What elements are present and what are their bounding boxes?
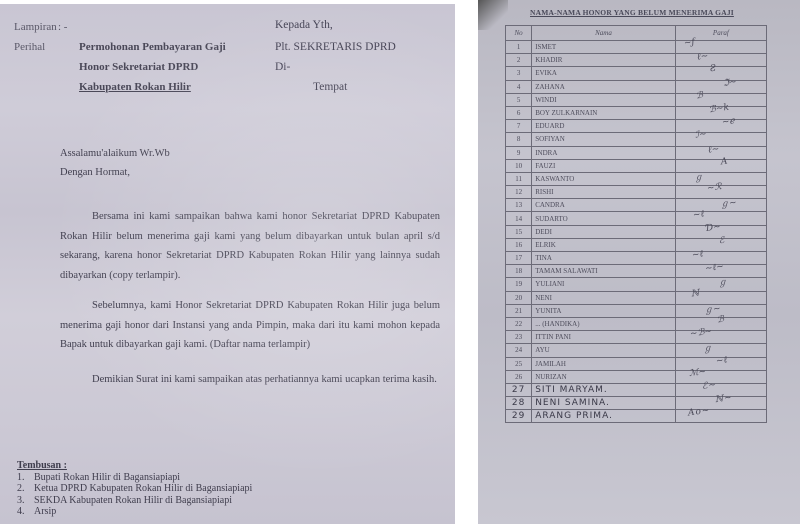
row-name: EVIKA <box>532 67 676 80</box>
row-number: 20 <box>506 291 532 304</box>
table-row: 17TINA~ℓ <box>506 252 767 265</box>
row-name: ... (HANDIKA) <box>532 317 676 330</box>
row-paraf: ℊ~ <box>675 199 766 212</box>
row-name: TINA <box>532 252 676 265</box>
row-number: 29 <box>506 410 532 423</box>
recipient-line-3: Di- <box>275 61 290 73</box>
signature-mark: ℊ <box>702 341 713 355</box>
row-name: DEDI <box>532 225 676 238</box>
tembusan-item-number: 2. <box>17 483 34 495</box>
perihal-label: Perihal <box>14 41 45 53</box>
tembusan-title: Tembusan : <box>17 460 252 472</box>
row-number: 28 <box>506 397 532 410</box>
row-paraf: ℕ <box>675 291 766 304</box>
row-paraf: ℰ <box>675 238 766 251</box>
tembusan-section: Tembusan : 1.Bupati Rokan Hilir di Bagan… <box>17 460 252 518</box>
signature-mark: ~ℓ <box>715 354 728 366</box>
tembusan-item-text: Bupati Rokan Hilir di Bagansiapiapi <box>34 472 180 483</box>
lampiran-label: Lampiran <box>14 21 57 33</box>
row-paraf: ℳ~ <box>675 370 766 383</box>
signature-mark: ~ℬ~ <box>689 327 712 340</box>
row-number: 3 <box>506 67 532 80</box>
row-paraf: ℊ <box>675 278 766 291</box>
signature-mark: ℬ <box>716 314 724 325</box>
table-row: 16ELRIKℰ <box>506 238 767 251</box>
table-row: 23ITTIN PANI~ℬ~ <box>506 331 767 344</box>
row-name: INDRA <box>532 146 676 159</box>
signature-mark: Ao~ <box>687 406 711 419</box>
row-name: YULIANI <box>532 278 676 291</box>
row-name: BOY ZULKARNAIN <box>532 106 676 119</box>
row-number: 6 <box>506 106 532 119</box>
row-name: AYU <box>532 344 676 357</box>
signature-mark: ℬ <box>695 90 703 101</box>
table-row: 8SOFIYANℐ~ <box>506 133 767 146</box>
row-name: SUDARTO <box>532 212 676 225</box>
table-row: 24AYUℊ <box>506 344 767 357</box>
table-row: 13CANDRAℊ~ <box>506 199 767 212</box>
signature-mark: ℓ~ <box>696 50 709 62</box>
row-number: 11 <box>506 172 532 185</box>
row-paraf: ℐ~ <box>675 133 766 146</box>
signature-mark: ℊ <box>717 275 728 289</box>
row-number: 13 <box>506 199 532 212</box>
paragraph-3: Demikian Surat ini kami sampaikan atas p… <box>60 370 440 390</box>
page-corner-shadow <box>478 0 508 30</box>
row-paraf: ~ℬ~ <box>675 331 766 344</box>
namelist-page: NAMA-NAMA HONOR YANG BELUM MENERIMA GAJI… <box>478 0 800 524</box>
table-row: 1ISMET~ƒ <box>506 41 767 54</box>
row-number: 19 <box>506 278 532 291</box>
row-number: 9 <box>506 146 532 159</box>
row-number: 5 <box>506 93 532 106</box>
table-row: 21YUNITAℊ~ <box>506 304 767 317</box>
row-name: CANDRA <box>532 199 676 212</box>
row-paraf: Ƨ <box>675 67 766 80</box>
row-number: 22 <box>506 317 532 330</box>
row-number: 10 <box>506 159 532 172</box>
signature-mark: ℰ <box>718 235 725 246</box>
signature-mark: ℬ~k <box>708 103 729 116</box>
tembusan-item-text: Arsip <box>34 506 56 517</box>
row-name: WINDI <box>532 93 676 106</box>
row-number: 25 <box>506 357 532 370</box>
row-name: ITTIN PANI <box>532 331 676 344</box>
row-name: ZAHANA <box>532 80 676 93</box>
column-header-nama: Nama <box>532 26 676 41</box>
row-number: 27 <box>506 383 532 396</box>
perihal-line-3: Kabupaten Rokan Hilir <box>79 81 191 93</box>
table-row: 25JAMILAH~ℓ <box>506 357 767 370</box>
row-name: EDUARD <box>532 120 676 133</box>
signature-mark: ℊ <box>693 169 704 183</box>
signature-mark: ~ℓ~ <box>704 261 724 275</box>
table-row: 22... (HANDIKA)ℬ <box>506 317 767 330</box>
table-row: 7EDUARD~ℯ <box>506 120 767 133</box>
row-number: 17 <box>506 252 532 265</box>
row-number: 24 <box>506 344 532 357</box>
signature-mark: Ƨ <box>709 64 717 75</box>
row-name: ISMET <box>532 41 676 54</box>
table-row: 10FAUZIA <box>506 159 767 172</box>
tembusan-item: 2.Ketua DPRD Kabupaten Rokan Hilir di Ba… <box>17 483 252 495</box>
column-header-no: No <box>506 26 532 41</box>
table-row: 11KASWANTOℊ <box>506 172 767 185</box>
row-number: 12 <box>506 186 532 199</box>
salutation: Dengan Hormat, <box>60 163 440 183</box>
row-paraf: ℑ~ <box>675 80 766 93</box>
row-paraf: ~ƒ <box>675 41 766 54</box>
tembusan-item: 4.Arsip <box>17 506 252 518</box>
row-number: 2 <box>506 54 532 67</box>
names-table: No Nama Paraf 1ISMET~ƒ2KHADIRℓ~3EVIKAƧ4Z… <box>505 25 767 423</box>
row-number: 16 <box>506 238 532 251</box>
row-name: SOFIYAN <box>532 133 676 146</box>
row-number: 23 <box>506 331 532 344</box>
signature-mark: ~ℓ <box>691 248 704 260</box>
signature-mark: ℕ~ <box>714 393 733 405</box>
row-number: 7 <box>506 120 532 133</box>
tembusan-item-text: SEKDA Kabupaten Rokan Hilir di Bagansiap… <box>34 495 232 506</box>
paragraph-1: Bersama ini kami sampaikan bahwa kami ho… <box>60 207 440 285</box>
recipient-line-1: Kepada Yth, <box>275 19 333 31</box>
namelist-title: NAMA-NAMA HONOR YANG BELUM MENERIMA GAJI <box>530 8 734 17</box>
lampiran-value: : - <box>58 21 67 33</box>
names-table-body: 1ISMET~ƒ2KHADIRℓ~3EVIKAƧ4ZAHANAℑ~5WINDIℬ… <box>506 41 767 423</box>
row-name: FAUZI <box>532 159 676 172</box>
perihal-line-1: Permohonan Pembayaran Gaji <box>79 41 226 53</box>
signature-mark: ℓ~ <box>707 143 720 155</box>
signature-mark: ~ℓ <box>692 209 705 221</box>
signature-mark: ~ℛ <box>706 182 722 194</box>
table-row: 15DEDIƊ~ <box>506 225 767 238</box>
row-number: 21 <box>506 304 532 317</box>
tembusan-item: 3.SEKDA Kabupaten Rokan Hilir di Bagansi… <box>17 495 252 507</box>
row-number: 4 <box>506 80 532 93</box>
row-number: 18 <box>506 265 532 278</box>
tembusan-item-number: 3. <box>17 495 34 507</box>
tembusan-item-number: 1. <box>17 472 34 484</box>
row-name: KHADIR <box>532 54 676 67</box>
tembusan-item-text: Ketua DPRD Kabupaten Rokan Hilir di Baga… <box>34 483 252 494</box>
row-paraf: Ao~ <box>675 410 766 423</box>
signature-mark: ℳ~ <box>688 367 706 379</box>
row-name: NURIZAN <box>532 370 676 383</box>
table-row: 2KHADIRℓ~ <box>506 54 767 67</box>
signature-mark: ~ℯ <box>721 116 735 128</box>
row-name: KASWANTO <box>532 172 676 185</box>
signature-mark: ℑ~ <box>722 77 737 89</box>
row-name: NENI SAMINA. <box>532 397 676 410</box>
row-number: 26 <box>506 370 532 383</box>
row-name: YUNITA <box>532 304 676 317</box>
table-row: 29ARANG PRIMA.Ao~ <box>506 410 767 423</box>
row-name: RISHI <box>532 186 676 199</box>
signature-mark: ℊ~ <box>703 301 721 316</box>
signature-mark: Ɗ~ <box>705 222 721 234</box>
table-row: 26NURIZANℳ~ <box>506 370 767 383</box>
table-row: 20NENIℕ <box>506 291 767 304</box>
table-row: 4ZAHANAℑ~ <box>506 80 767 93</box>
greeting: Assalamu'alaikum Wr.Wb <box>60 144 440 164</box>
tembusan-item-number: 4. <box>17 506 34 518</box>
table-row: 18TAMAM SALAWATI~ℓ~ <box>506 265 767 278</box>
row-paraf: ~ℓ <box>675 212 766 225</box>
signature-mark: ℊ~ <box>719 195 737 210</box>
letter-page: Lampiran : - Perihal Permohonan Pembayar… <box>0 4 455 524</box>
signature-mark: A <box>720 156 728 167</box>
row-name: ARANG PRIMA. <box>532 410 676 423</box>
row-name: JAMILAH <box>532 357 676 370</box>
table-row: 28NENI SAMINA.ℕ~ <box>506 397 767 410</box>
row-paraf: ℓ~ <box>675 54 766 67</box>
row-paraf: ~ℯ <box>675 120 766 133</box>
row-name: ELRIK <box>532 238 676 251</box>
table-row: 19YULIANIℊ <box>506 278 767 291</box>
recipient-line-2: Plt. SEKRETARIS DPRD <box>275 41 396 53</box>
tembusan-list: 1.Bupati Rokan Hilir di Bagansiapiapi2.K… <box>17 472 252 518</box>
paragraph-2: Sebelumnya, kami Honor Sekretariat DPRD … <box>60 296 440 355</box>
table-row: 14SUDARTO~ℓ <box>506 212 767 225</box>
row-number: 1 <box>506 41 532 54</box>
signature-mark: ~ƒ <box>683 37 695 48</box>
perihal-line-2: Honor Sekretariat DPRD <box>79 61 198 73</box>
row-paraf: A <box>675 159 766 172</box>
row-name: NENI <box>532 291 676 304</box>
row-number: 14 <box>506 212 532 225</box>
row-number: 15 <box>506 225 532 238</box>
row-name: SITI MARYAM. <box>532 383 676 396</box>
row-name: TAMAM SALAWATI <box>532 265 676 278</box>
signature-mark: ℰ~ <box>701 380 717 392</box>
signature-mark: ℕ <box>690 288 700 299</box>
tembusan-item: 1.Bupati Rokan Hilir di Bagansiapiapi <box>17 472 252 484</box>
recipient-line-4: Tempat <box>313 81 347 93</box>
row-number: 8 <box>506 133 532 146</box>
signature-mark: ℐ~ <box>694 130 707 142</box>
